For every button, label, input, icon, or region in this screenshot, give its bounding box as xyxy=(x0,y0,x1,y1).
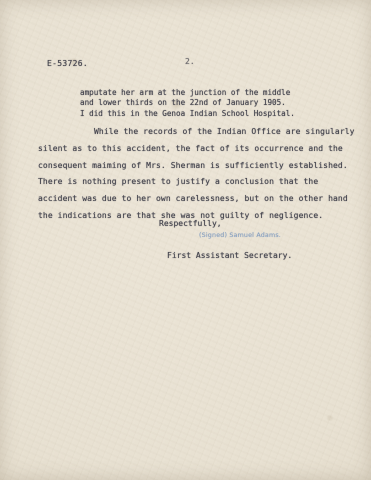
paragraph-line: There is nothing present to justify a co… xyxy=(38,174,355,191)
quote-line: and lower thirds on the 22nd of January … xyxy=(80,98,295,108)
paragraph-line: accident was due to her own carelessness… xyxy=(38,191,355,208)
quote-line: amputate her arm at the junction of the … xyxy=(80,88,295,98)
closing-respectfully: Respectfully, xyxy=(159,219,222,228)
file-number: E-53726. xyxy=(47,59,88,68)
quote-block: amputate her arm at the junction of the … xyxy=(80,88,295,119)
quote-line: I did this in the Genoa Indian School Ho… xyxy=(80,109,295,119)
page-number: 2. xyxy=(185,57,195,66)
paragraph-line: silent as to this accident, the fact of … xyxy=(38,141,355,158)
body-paragraph: While the records of the Indian Office a… xyxy=(38,124,355,225)
paragraph-line: While the records of the Indian Office a… xyxy=(38,124,355,141)
paragraph-line: consequent maiming of Mrs. Sherman is su… xyxy=(38,158,355,175)
signature-title: First Assistant Secretary. xyxy=(167,251,292,260)
document-page: E-53726. 2. amputate her arm at the junc… xyxy=(0,0,371,480)
signature-stamp: (Signed) Samuel Adams. xyxy=(199,232,281,239)
